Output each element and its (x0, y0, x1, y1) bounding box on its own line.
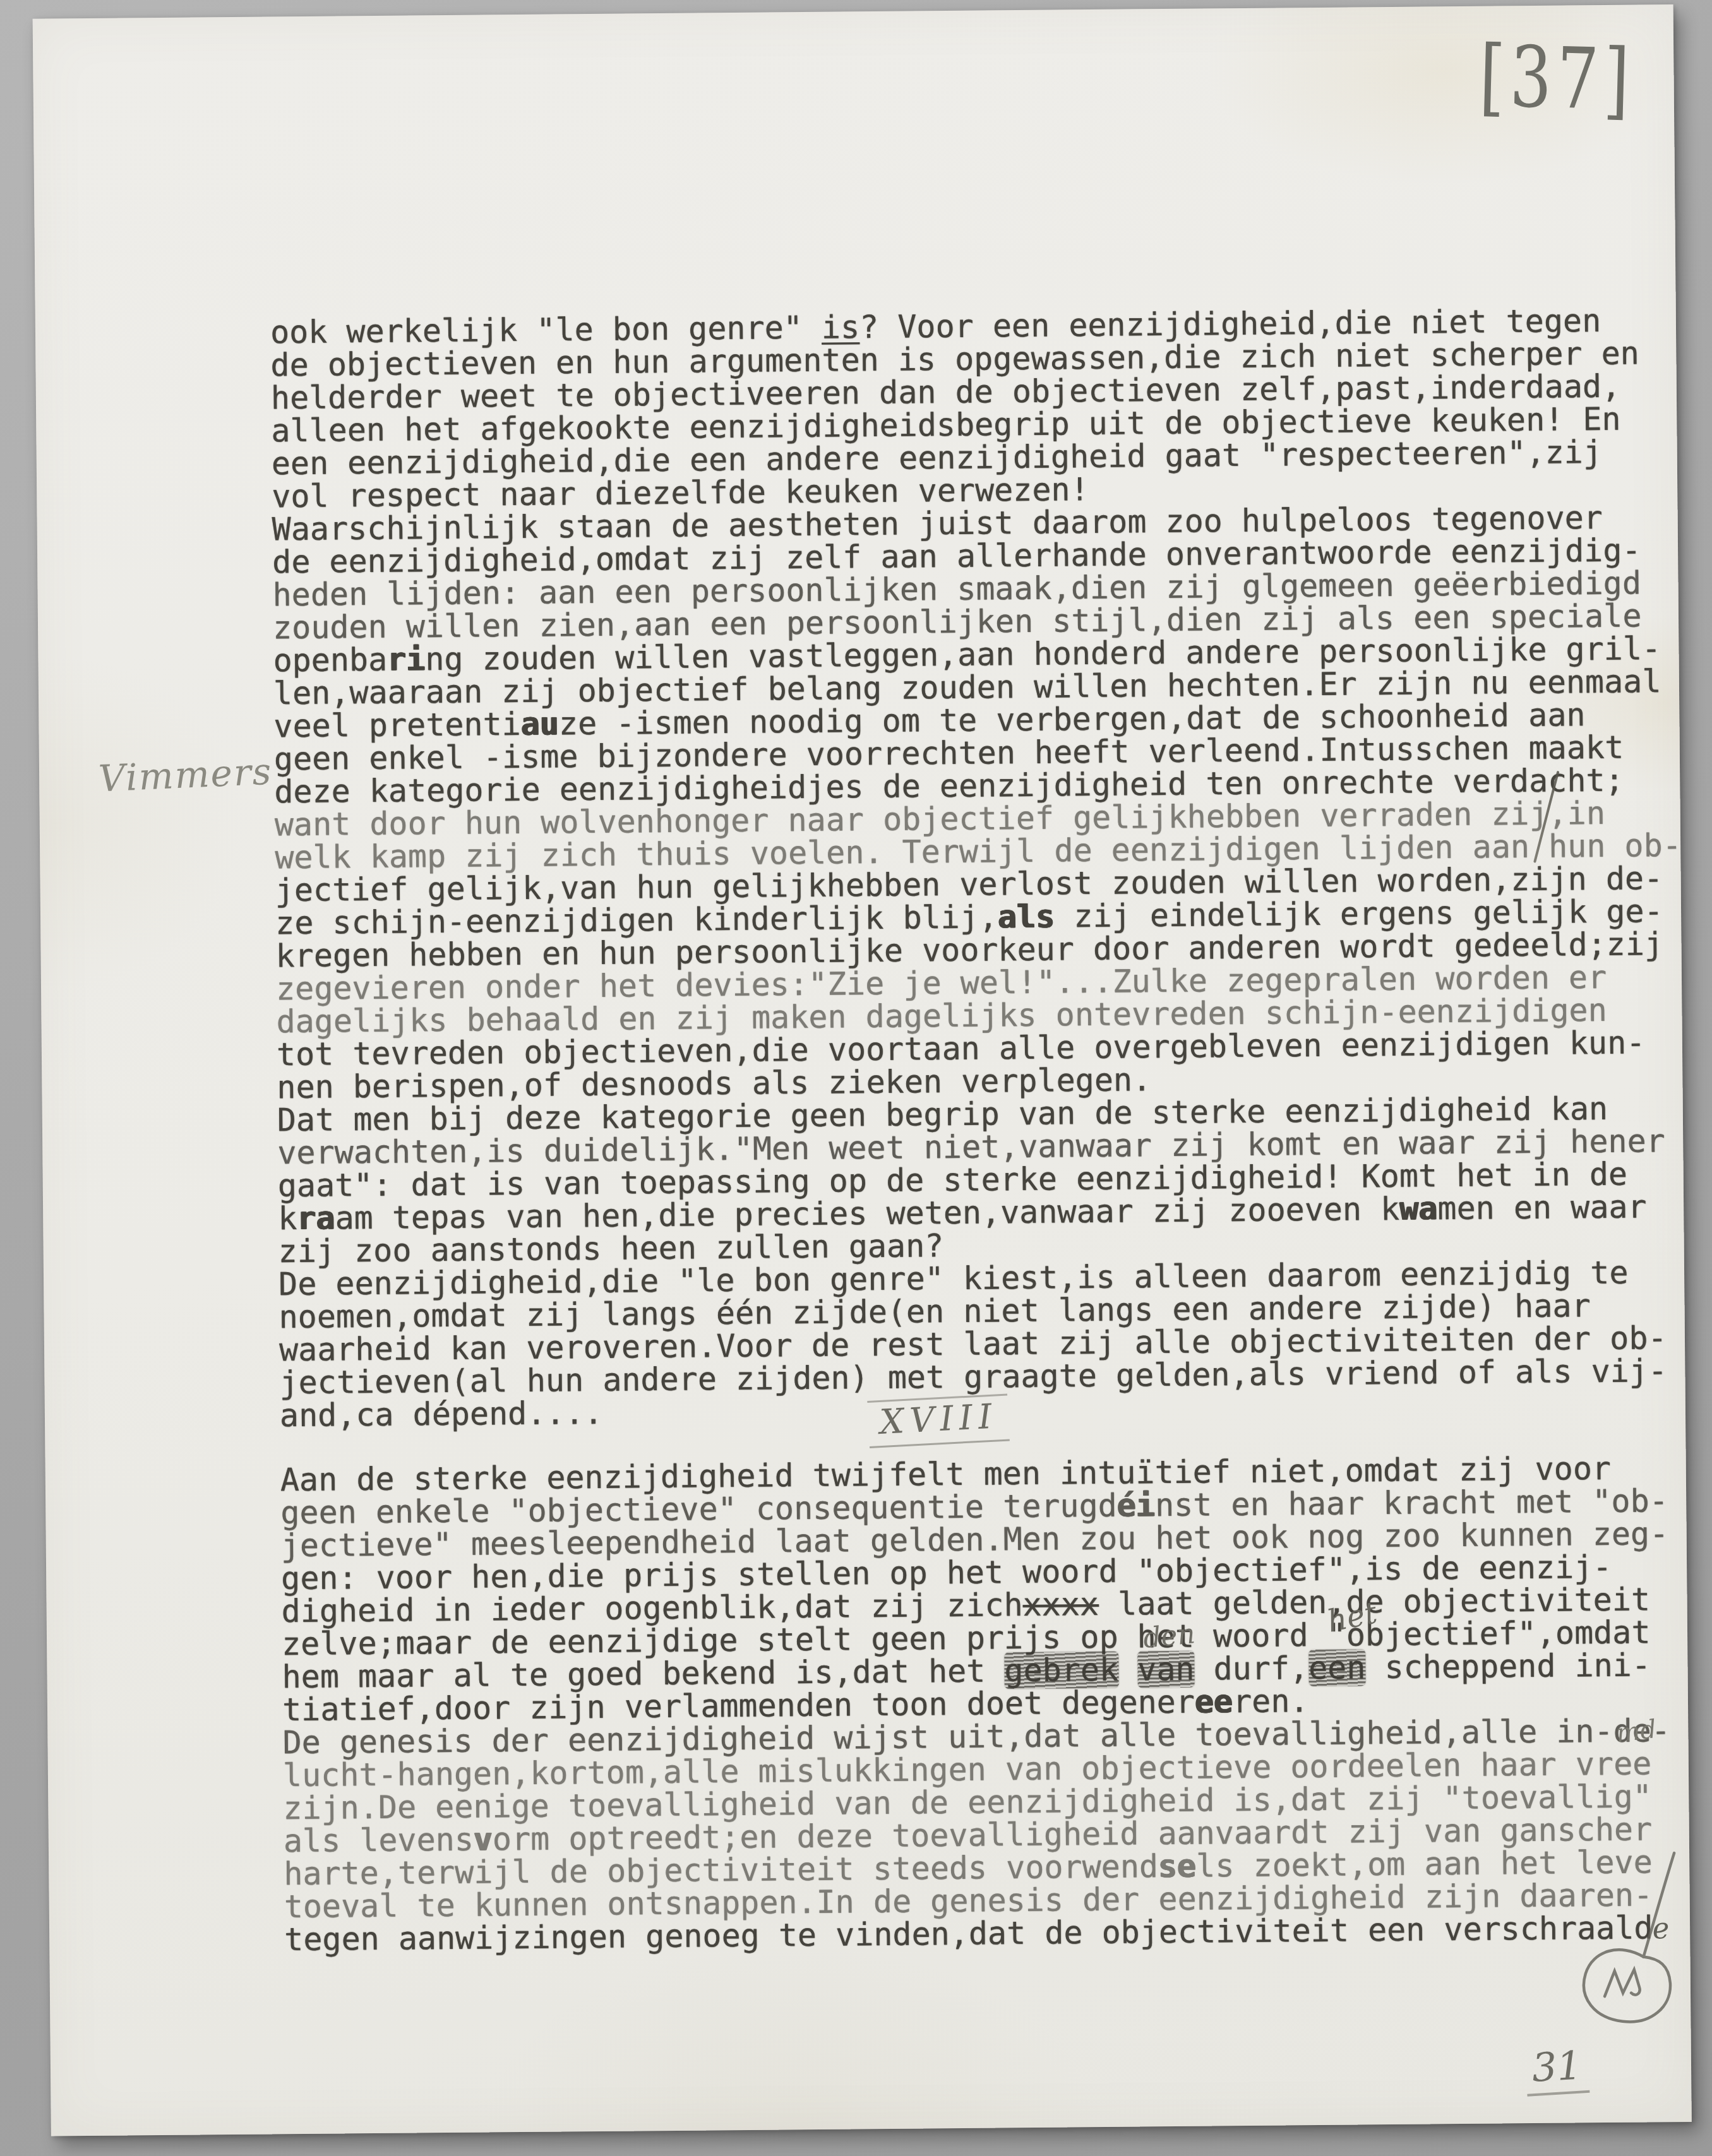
typescript-segment: éi (1117, 1487, 1156, 1524)
typescript-segment: and,ca dépend.... (280, 1395, 603, 1434)
typescript-segment: durf, (1194, 1650, 1308, 1688)
pencil-stroke (1643, 1853, 1675, 1956)
handwritten-insert-md: md (1615, 1715, 1658, 1748)
typescript-segment: een (1308, 1649, 1366, 1686)
scanned-typescript-page: { "document": { "page_number_top": "[37]… (0, 0, 1712, 2156)
handwritten-section-heading: XVIII (867, 1393, 1010, 1448)
typescript-segment: xxxx (1022, 1586, 1099, 1623)
typescript-segment: se (1158, 1848, 1197, 1885)
typescript-segment: ren. (1233, 1683, 1309, 1720)
typescript-segment: als (998, 898, 1055, 936)
typescript-segment: k (278, 1200, 297, 1237)
typescript-segment: ra (297, 1200, 335, 1237)
typescript-segment: ri (387, 641, 426, 678)
paper-sheet: [37] Vimmers ook werkelijk "le bon genre… (33, 4, 1692, 2136)
handwritten-page-number-top: [37] (1478, 27, 1636, 129)
typescript-segment: is (822, 309, 860, 346)
typescript-segment: v (474, 1821, 493, 1857)
typescript-segment: au (521, 705, 560, 742)
typescript-segment: ee (1195, 1683, 1233, 1720)
typescript-segment: openba (273, 641, 387, 679)
handwritten-insert-den: den (1142, 1617, 1197, 1655)
typescript-segment: men en waar (1437, 1188, 1647, 1227)
typescript-segment: scheppend ini- (1365, 1647, 1651, 1686)
typescript-text-block: ook werkelijk "le bon genre" is? Voor ee… (270, 304, 1699, 1956)
typescript-segment: van (1137, 1651, 1195, 1688)
handwritten-page-number-bottom: 31 (1524, 2042, 1590, 2097)
circled-initials-mark (1512, 1826, 1712, 2049)
typescript-segment (1118, 1652, 1138, 1688)
typescript-segment: gebrek (1004, 1652, 1118, 1689)
typescript-segment: wa (1399, 1190, 1438, 1227)
handwritten-margin-note: Vimmers (98, 750, 273, 801)
